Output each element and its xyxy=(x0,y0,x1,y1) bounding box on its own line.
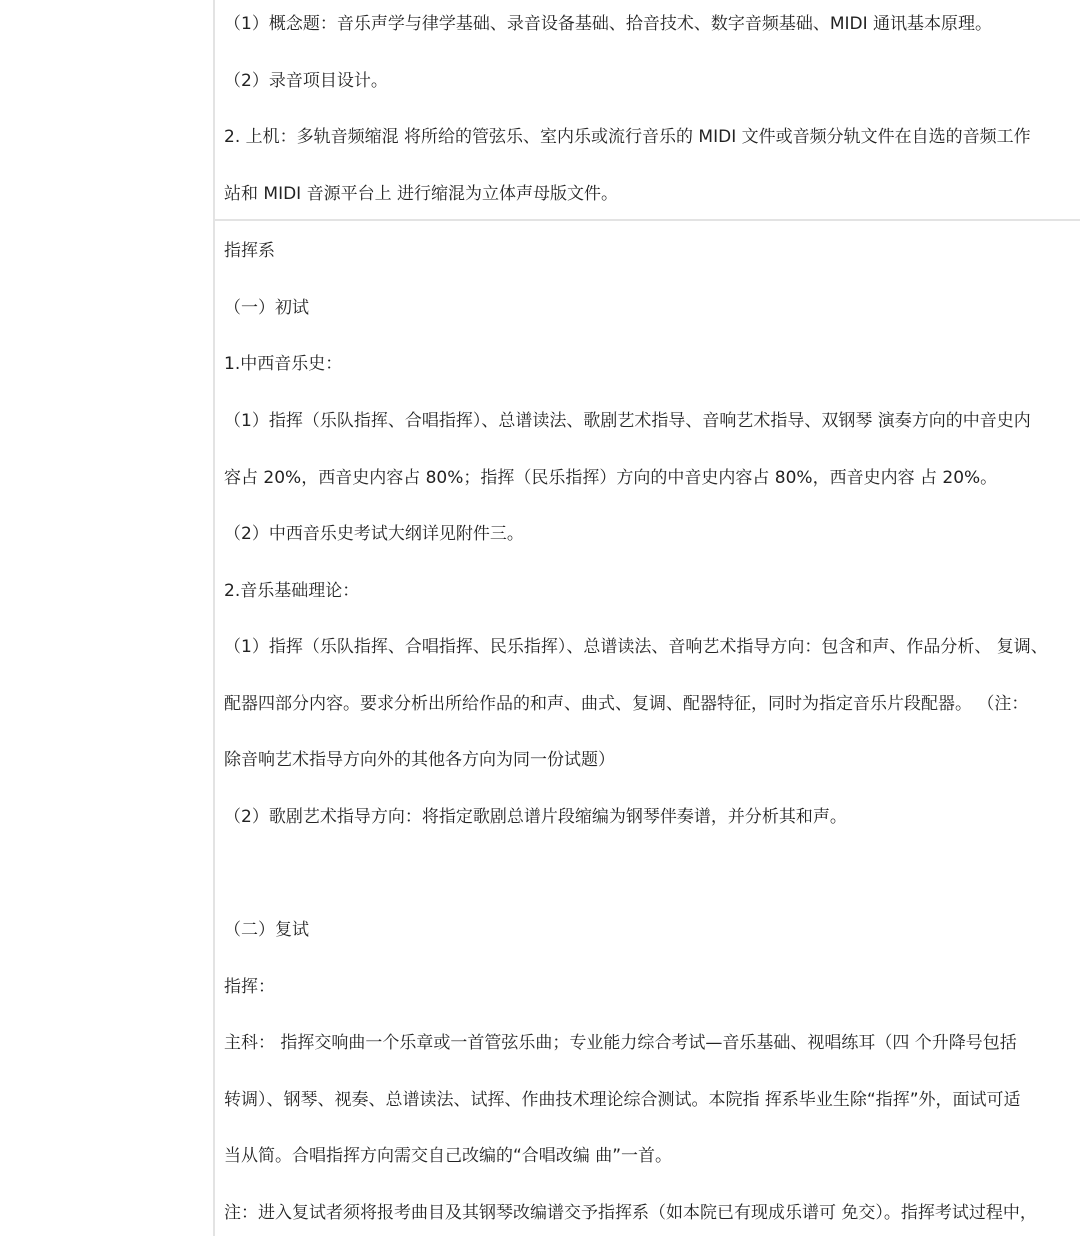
concept-question-line: （1）概念题：音乐声学与律学基础、录音设备基础、拾音技术、数字音频基础、MIDI… xyxy=(224,12,992,36)
exam-requirements-table: （1）概念题：音乐声学与律学基础、录音设备基础、拾音技术、数字音频基础、MIDI… xyxy=(213,0,1080,1236)
music-theory-item-1-line-3: 除音响艺术指导方向外的其他各方向为同一份试题） xyxy=(224,748,615,772)
retest-note-line: 注：进入复试者须将报考曲目及其钢琴改编谱交予指挥系（如本院已有现成乐谱可 免交）… xyxy=(224,1201,1037,1225)
conducting-department-cell: 指挥系 （一）初试 1.中西音乐史： （1）指挥（乐队指挥、合唱指挥）、总谱读法… xyxy=(215,221,1080,1234)
major-subject-line-1: 主科： 指挥交响曲一个乐章或一首管弦乐曲；专业能力综合考试—音乐基础、视唱练耳（… xyxy=(224,1031,1017,1055)
conducting-label: 指挥： xyxy=(224,975,275,999)
music-theory-heading: 2.音乐基础理论： xyxy=(224,579,359,603)
music-theory-item-1-line-2: 配器四部分内容。要求分析出所给作品的和声、曲式、复调、配器特征，同时为指定音乐片… xyxy=(224,692,1028,716)
music-history-item-1-line-1: （1）指挥（乐队指挥、合唱指挥）、总谱读法、歌剧艺术指导、音响艺术指导、双钢琴 … xyxy=(224,409,1031,433)
major-subject-line-2: 转调）、钢琴、视奏、总谱读法、试挥、作曲技术理论综合测试。本院指 挥系毕业生除“… xyxy=(224,1088,1021,1112)
computer-mixing-line-1: 2. 上机：多轨音频缩混 将所给的管弦乐、室内乐或流行音乐的 MIDI 文件或音… xyxy=(224,125,1031,149)
department-title: 指挥系 xyxy=(224,239,275,263)
major-subject-line-3: 当从简。合唱指挥方向需交自己改编的“合唱改编 曲”一首。 xyxy=(224,1144,672,1168)
recording-exam-cell: （1）概念题：音乐声学与律学基础、录音设备基础、拾音技术、数字音频基础、MIDI… xyxy=(215,0,1080,221)
computer-mixing-line-2: 站和 MIDI 音源平台上 进行缩混为立体声母版文件。 xyxy=(224,182,618,206)
music-theory-item-2: （2）歌剧艺术指导方向：将指定歌剧总谱片段缩编为钢琴伴奏谱，并分析其和声。 xyxy=(224,805,847,829)
recording-project-line: （2）录音项目设计。 xyxy=(224,69,388,93)
music-history-item-1-line-2: 容占 20%，西音史内容占 80%；指挥（民乐指挥）方向的中音史内容占 80%，… xyxy=(224,466,997,490)
music-history-heading: 1.中西音乐史： xyxy=(224,352,342,376)
preliminary-exam-heading: （一）初试 xyxy=(224,296,309,320)
music-theory-item-1-line-1: （1）指挥（乐队指挥、合唱指挥、民乐指挥）、总谱读法、音响艺术指导方向：包含和声… xyxy=(224,635,1048,659)
retest-heading: （二）复试 xyxy=(224,918,309,942)
music-history-item-2: （2）中西音乐史考试大纲详见附件三。 xyxy=(224,522,524,546)
